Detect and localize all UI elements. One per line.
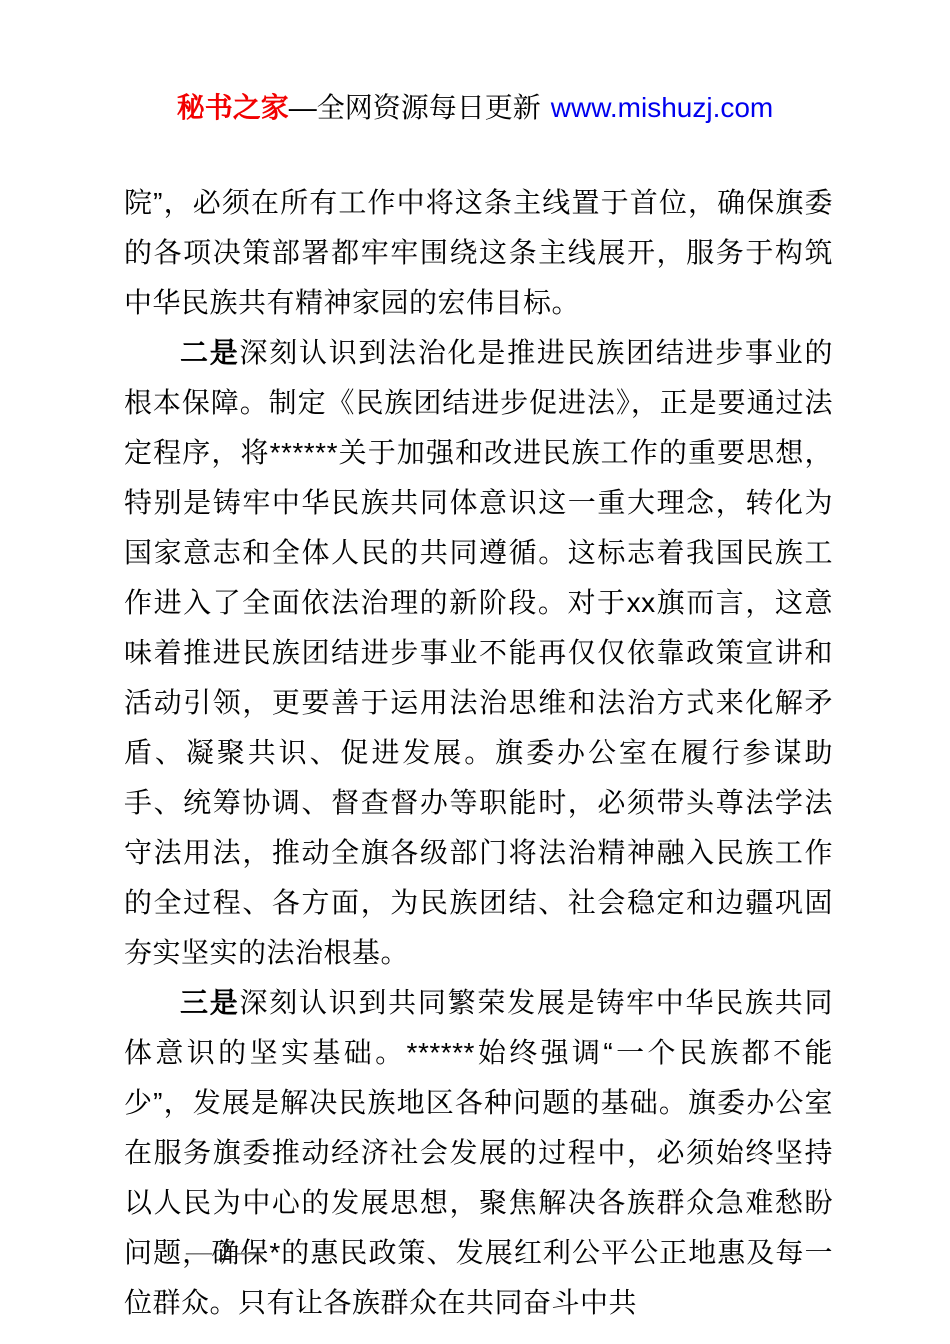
site-brand: 秘书之家 xyxy=(177,92,289,123)
page-footer: —2— xyxy=(180,1236,269,1268)
site-url-link[interactable]: www.mishuzj.com xyxy=(551,92,773,123)
document-body: 院”，必须在所有工作中将这条主线置于首位，确保旗委的各项决策部署都牢牢围绕这条主… xyxy=(124,178,833,1328)
document-page: 秘书之家—全网资源每日更新www.mishuzj.com 院”，必须在所有工作中… xyxy=(0,0,950,1344)
page-number-dash-right: — xyxy=(231,1237,269,1266)
paragraph: 院”，必须在所有工作中将这条主线置于首位，确保旗委的各项决策部署都牢牢围绕这条主… xyxy=(124,178,833,328)
paragraph-lead: 二是 xyxy=(180,337,239,368)
header-separator: — xyxy=(289,92,317,123)
paragraph-lead: 三是 xyxy=(180,987,239,1018)
paragraph: 三是深刻认识到共同繁荣发展是铸牢中华民族共同体意识的坚实基础。******始终强… xyxy=(124,978,833,1328)
header-tagline: 全网资源每日更新 xyxy=(317,92,541,123)
paragraph: 二是深刻认识到法治化是推进民族团结进步事业的根本保障。制定《民族团结进步促进法》… xyxy=(124,328,833,978)
page-number-dash-left: — xyxy=(180,1237,218,1266)
site-header: 秘书之家—全网资源每日更新www.mishuzj.com xyxy=(0,0,950,128)
page-number: 2 xyxy=(218,1237,231,1266)
